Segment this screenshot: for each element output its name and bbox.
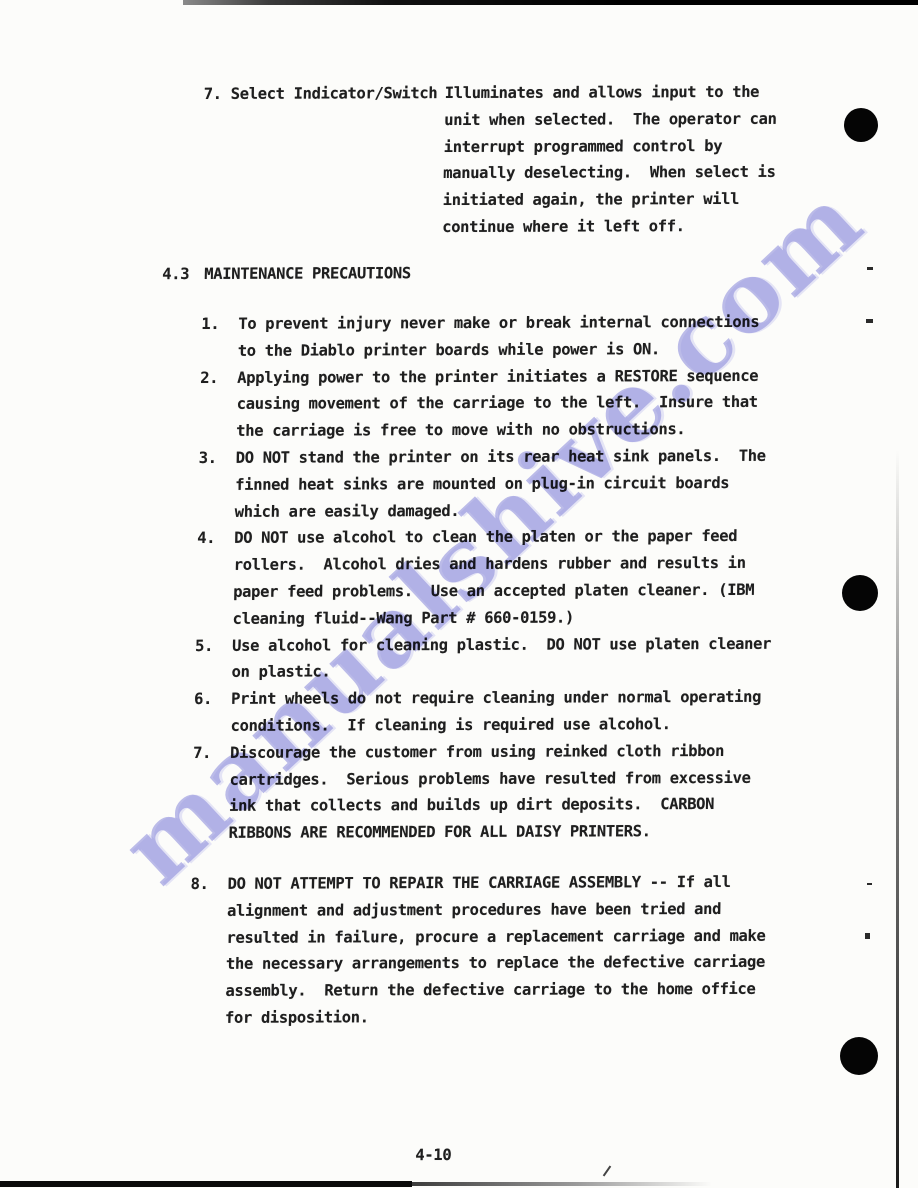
punch-hole-mark-top <box>844 108 878 142</box>
item-text: DO NOT stand the printer on its rear hea… <box>234 443 819 526</box>
item-definition: Illuminates and allows input to the unit… <box>442 79 795 241</box>
item-text: DO NOT ATTEMPT TO REPAIR THE CARRIAGE AS… <box>225 869 811 1032</box>
scan-edge-bar-bottom-fade <box>412 1182 712 1186</box>
list-item: 8. DO NOT ATTEMPT TO REPAIR THE CARRIAGE… <box>188 869 811 1032</box>
list-item: 1. To prevent injury never make or break… <box>201 309 822 365</box>
margin-tick-mark <box>867 883 872 885</box>
item-text: To prevent injury never make or break in… <box>238 309 822 365</box>
item-number: 7. <box>193 740 211 767</box>
margin-tick-mark <box>867 267 873 270</box>
item-number: 8. <box>190 871 208 898</box>
scan-page-edge-line <box>896 450 899 1188</box>
item-number: 5. <box>195 632 213 659</box>
item-number: 4. <box>197 525 215 552</box>
item-term: Select Indicator/Switch <box>230 80 437 108</box>
list-item: 2. Applying power to the printer initiat… <box>199 362 821 445</box>
section-title: MAINTENANCE PRECAUTIONS <box>204 264 411 283</box>
item-number: 6. <box>194 686 212 713</box>
item-text: Discourage the customer from using reink… <box>228 737 813 846</box>
list-item: 4. DO NOT use alcohol to clean the plate… <box>195 523 817 633</box>
list-item: 6. Print wheels do not require cleaning … <box>193 684 814 740</box>
list-item: 3. DO NOT stand the printer on its rear … <box>197 443 819 526</box>
item-number: 1. <box>201 311 219 338</box>
margin-tick-mark <box>866 319 873 323</box>
scan-edge-bar-bottom <box>0 1181 412 1187</box>
section-heading: 4.3MAINTENANCE PRECAUTIONS <box>162 260 411 288</box>
list-item-select-indicator-switch: 7. Select Indicator/Switch Illuminates a… <box>204 79 804 81</box>
page-content: 7. Select Indicator/Switch Illuminates a… <box>0 0 918 1188</box>
scan-edge-bar-top <box>183 0 918 5</box>
item-number: 7. <box>203 81 221 108</box>
punch-hole-mark-middle <box>842 575 878 611</box>
item-number: 3. <box>198 445 216 472</box>
page-number: 4-10 <box>415 1142 451 1169</box>
margin-tick-mark <box>865 933 870 939</box>
item-text: Use alcohol for cleaning plastic. DO NOT… <box>231 630 815 686</box>
item-text: Applying power to the printer initiates … <box>236 362 821 445</box>
section-number: 4.3 <box>162 265 189 283</box>
item-number: 2. <box>200 365 218 392</box>
precautions-list: 1. To prevent injury never make or break… <box>188 309 822 1032</box>
item-text: Print wheels do not require cleaning und… <box>230 684 814 740</box>
list-item: 5. Use alcohol for cleaning plastic. DO … <box>194 630 815 686</box>
punch-hole-mark-bottom <box>840 1037 878 1075</box>
list-item: 7. Discourage the customer from using re… <box>191 737 813 847</box>
scanned-manual-page: 7. Select Indicator/Switch Illuminates a… <box>0 0 918 1188</box>
item-text: DO NOT use alcohol to clean the platen o… <box>232 523 817 632</box>
